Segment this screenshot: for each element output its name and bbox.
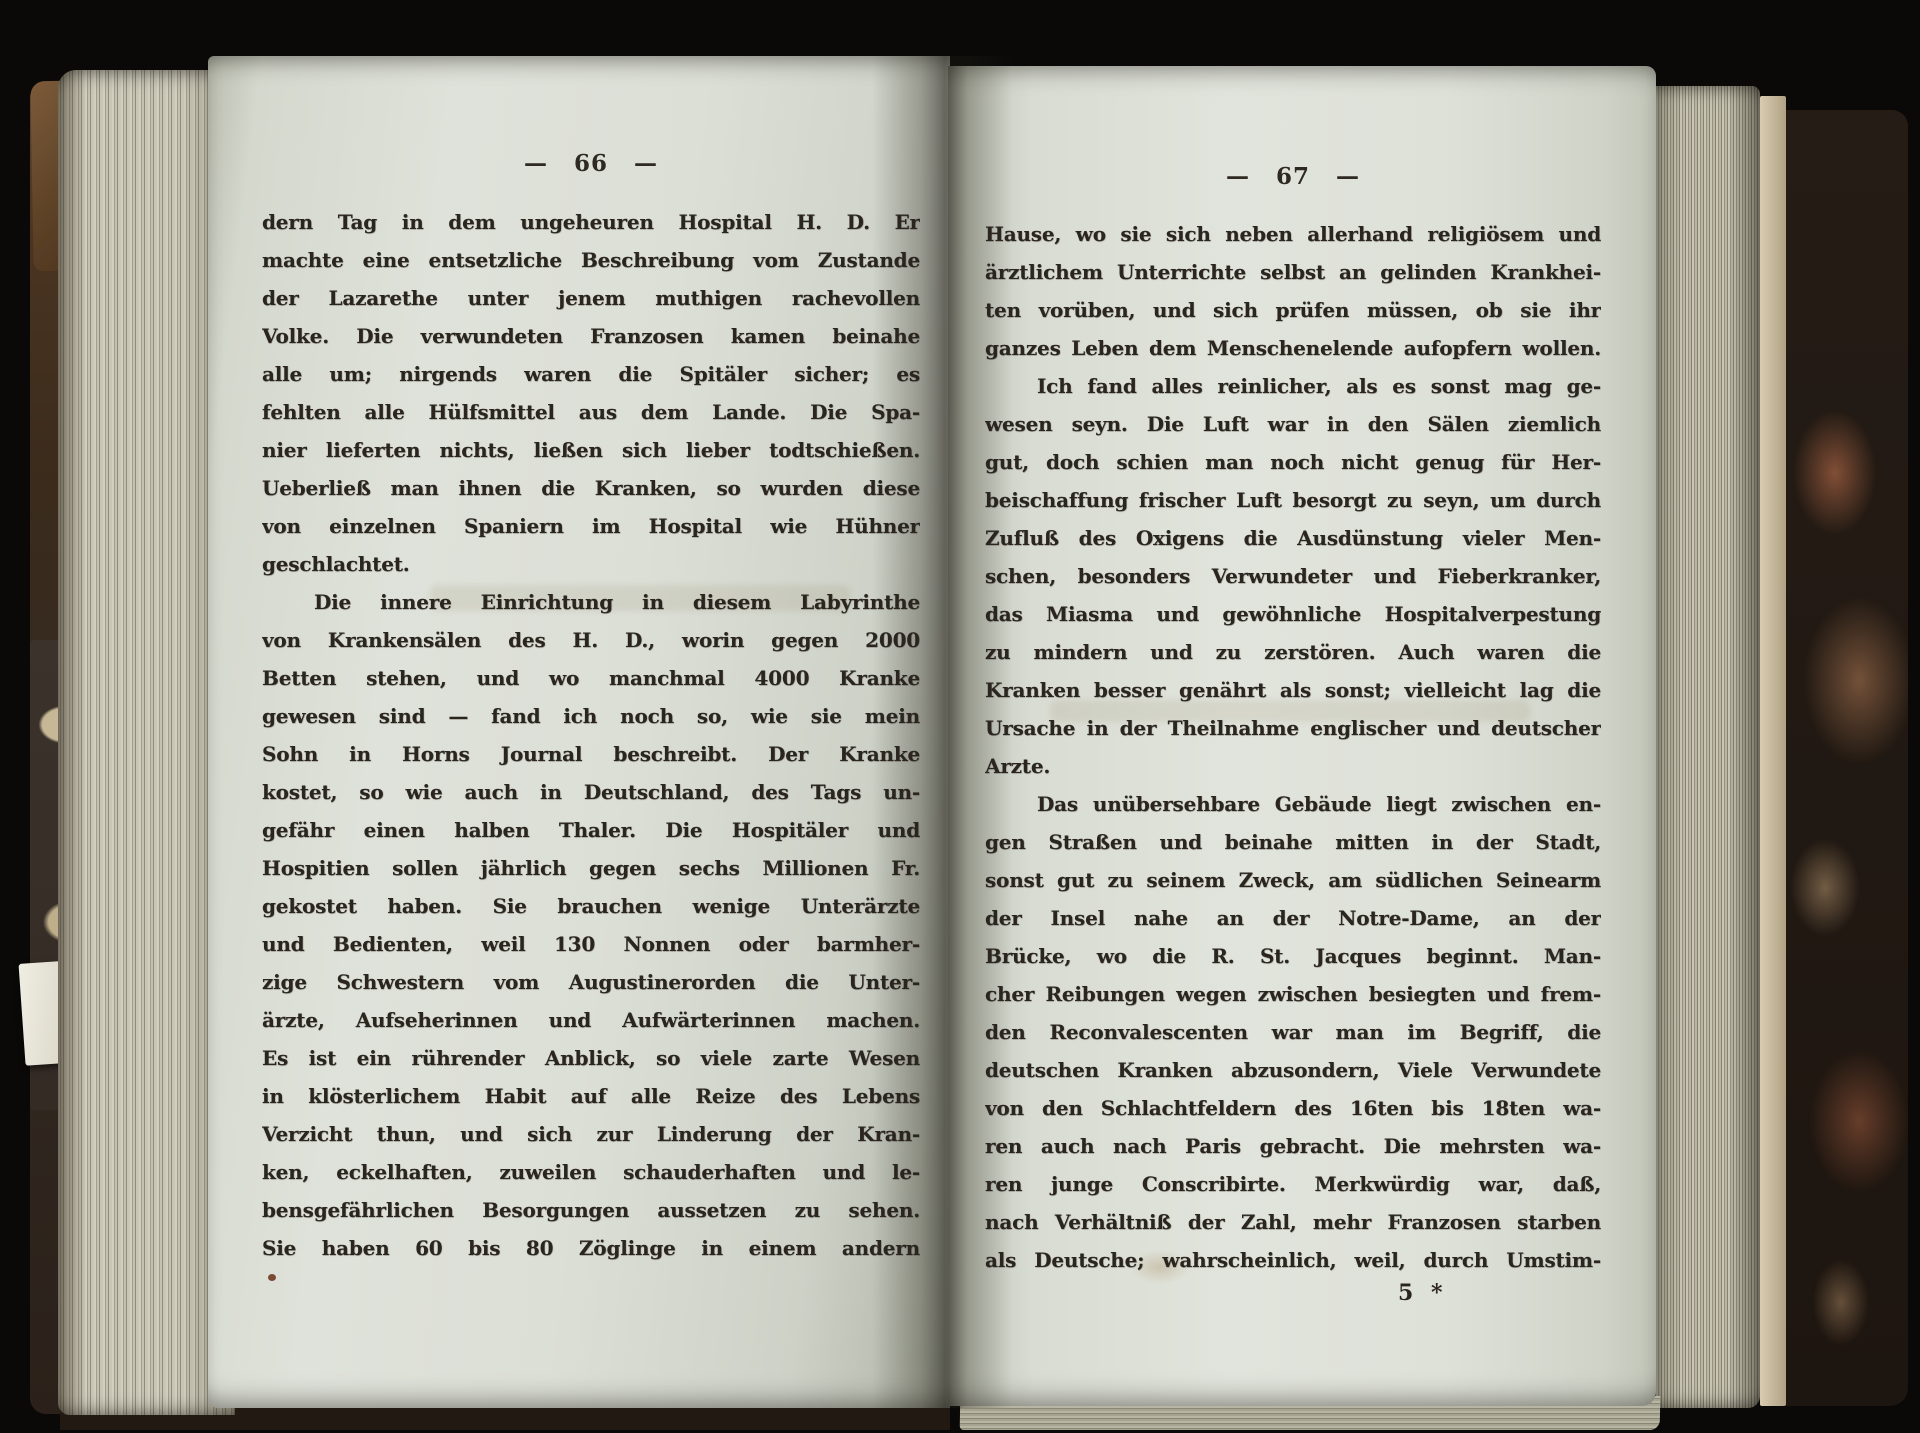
right-page-text-column: Hause, wo sie sich neben allerhand relig… <box>985 215 1601 1279</box>
paragraph: Hause, wo sie sich neben allerhand relig… <box>985 215 1601 367</box>
text-line: gefähr einen halben Thaler. Die Hospitäl… <box>262 811 920 849</box>
header-dash-left: — <box>520 150 552 177</box>
text-line: Die innere Einrichtung in diesem Labyrin… <box>262 583 920 621</box>
text-line: Arzte. <box>985 747 1601 785</box>
book-photograph: —66— dern Tag in dem ungeheuren Hospital… <box>0 0 1920 1433</box>
text-line: deutschen Kranken abzusondern, Viele Ver… <box>985 1051 1601 1089</box>
header-dash-left: — <box>1222 163 1254 190</box>
text-line: schen, besonders Verwundeter und Fieberk… <box>985 557 1601 595</box>
text-line: Brücke, wo die R. St. Jacques beginnt. M… <box>985 937 1601 975</box>
right-cover-marbled-paper <box>1786 110 1908 1406</box>
header-dash-right: — <box>1332 163 1364 190</box>
signature-mark: 5 * <box>1398 1280 1442 1306</box>
left-page-text-column: dern Tag in dem ungeheuren Hospital H. D… <box>262 203 920 1267</box>
text-line: Ueberließ man ihnen die Kranken, so wurd… <box>262 469 920 507</box>
text-line: von Krankensälen des H. D., worin gegen … <box>262 621 920 659</box>
text-line: sonst gut zu seinem Zweck, am südlichen … <box>985 861 1601 899</box>
text-line: Es ist ein rührender Anblick, so viele z… <box>262 1039 920 1077</box>
left-page-header: —66— <box>262 150 920 177</box>
text-line: beischaffung frischer Luft besorgt zu se… <box>985 481 1601 519</box>
page-number-right: 67 <box>1254 163 1332 190</box>
text-line: der Insel nahe an der Notre-Dame, an der <box>985 899 1601 937</box>
text-line: den Reconvalescenten war man im Begriff,… <box>985 1013 1601 1051</box>
text-line: von den Schlachtfeldern des 16ten bis 18… <box>985 1089 1601 1127</box>
text-line: gekostet haben. Sie brauchen wenige Unte… <box>262 887 920 925</box>
right-page-header: —67— <box>985 163 1601 190</box>
text-line: fehlten alle Hülfsmittel aus dem Lande. … <box>262 393 920 431</box>
text-line: ten vorüben, und sich prüfen müssen, ob … <box>985 291 1601 329</box>
text-line: das Miasma und gewöhnliche Hospitalverpe… <box>985 595 1601 633</box>
paragraph: Die innere Einrichtung in diesem Labyrin… <box>262 583 920 1267</box>
text-line: nier lieferten nichts, ließen sich liebe… <box>262 431 920 469</box>
text-line: und Bedienten, weil 130 Nonnen oder barm… <box>262 925 920 963</box>
text-line: dern Tag in dem ungeheuren Hospital H. D… <box>262 203 920 241</box>
text-line: ren junge Conscribirte. Merkwürdig war, … <box>985 1165 1601 1203</box>
text-line: nach Verhältniß der Zahl, mehr Franzosen… <box>985 1203 1601 1241</box>
text-line: ken, eckelhaften, zuweilen schauderhafte… <box>262 1153 920 1191</box>
text-line: Verzicht thun, und sich zur Linderung de… <box>262 1115 920 1153</box>
text-line: Kranken besser genährt als sonst; vielle… <box>985 671 1601 709</box>
page-number-left: 66 <box>552 150 630 177</box>
text-line: Sohn in Horns Journal beschreibt. Der Kr… <box>262 735 920 773</box>
text-line: Ursache in der Theilnahme englischer und… <box>985 709 1601 747</box>
text-line: ren auch nach Paris gebracht. Die mehrst… <box>985 1127 1601 1165</box>
text-line: zige Schwestern vom Augustinerorden die … <box>262 963 920 1001</box>
text-line: gewesen sind — fand ich noch so, wie sie… <box>262 697 920 735</box>
text-line: der Lazarethe unter jenem muthigen rache… <box>262 279 920 317</box>
text-line: gen Straßen und beinahe mitten in der St… <box>985 823 1601 861</box>
text-line: Hause, wo sie sich neben allerhand relig… <box>985 215 1601 253</box>
right-page-edges <box>1656 86 1760 1408</box>
text-line: cher Reibungen wegen zwischen besiegten … <box>985 975 1601 1013</box>
text-line: ärztlichem Unterrichte selbst an gelinde… <box>985 253 1601 291</box>
text-line: Das unübersehbare Gebäude liegt zwischen… <box>985 785 1601 823</box>
text-line: ärzte, Aufseherinnen und Aufwärterinnen … <box>262 1001 920 1039</box>
text-line: Betten stehen, und wo manchmal 4000 Kran… <box>262 659 920 697</box>
text-line: in klösterlichem Habit auf alle Reize de… <box>262 1077 920 1115</box>
text-line: machte eine entsetzliche Beschreibung vo… <box>262 241 920 279</box>
text-line: zu mindern und zu zerstören. Auch waren … <box>985 633 1601 671</box>
text-line: Sie haben 60 bis 80 Zöglinge in einem an… <box>262 1229 920 1267</box>
text-line: Ich fand alles reinlicher, als es sonst … <box>985 367 1601 405</box>
text-line: Hospitien sollen jährlich gegen sechs Mi… <box>262 849 920 887</box>
text-line: wesen seyn. Die Luft war in den Sälen zi… <box>985 405 1601 443</box>
text-line: gut, doch schien man noch nicht genug fü… <box>985 443 1601 481</box>
paragraph: Das unübersehbare Gebäude liegt zwischen… <box>985 785 1601 1279</box>
text-line: Zufluß des Oxigens die Ausdünstung viele… <box>985 519 1601 557</box>
paragraph: dern Tag in dem ungeheuren Hospital H. D… <box>262 203 920 583</box>
text-line: ganzes Leben dem Menschenelende aufopfer… <box>985 329 1601 367</box>
paper-stain-dot <box>268 1274 276 1281</box>
text-line: alle um; nirgends waren die Spitäler sic… <box>262 355 920 393</box>
text-line: kostet, so wie auch in Deutschland, des … <box>262 773 920 811</box>
header-dash-right: — <box>630 150 662 177</box>
text-line: als Deutsche; wahrscheinlich, weil, durc… <box>985 1241 1601 1279</box>
text-line: geschlachtet. <box>262 545 920 583</box>
paragraph: Ich fand alles reinlicher, als es sonst … <box>985 367 1601 785</box>
text-line: bensgefährlichen Besorgungen aussetzen z… <box>262 1191 920 1229</box>
right-cover-hinge <box>1760 96 1786 1406</box>
text-line: von einzelnen Spaniern im Hospital wie H… <box>262 507 920 545</box>
text-line: Volke. Die verwundeten Franzosen kamen b… <box>262 317 920 355</box>
